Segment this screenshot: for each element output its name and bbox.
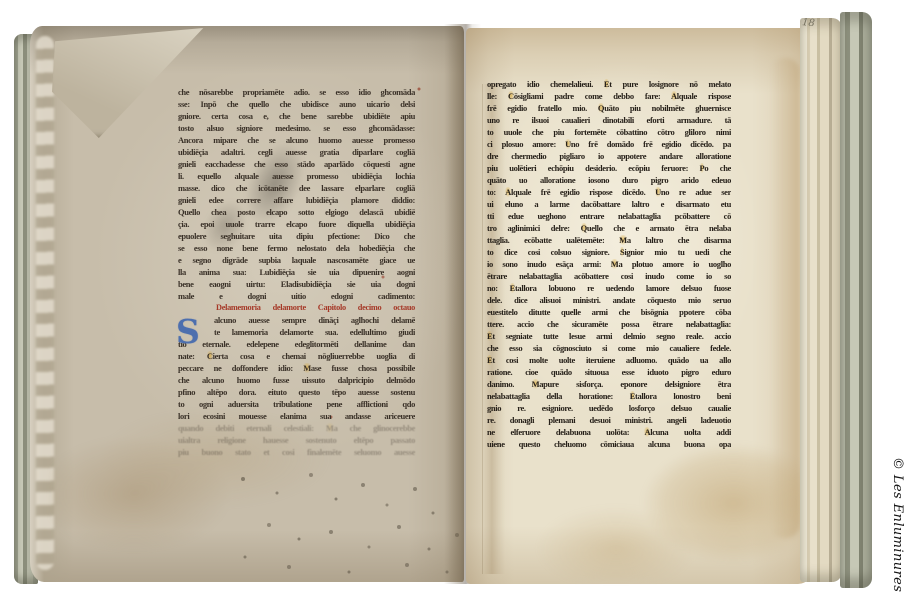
manuscript-line: che alcuno huomo fusse uissuto dalpricip… — [178, 374, 415, 386]
manuscript-line: Et segniate tutte lesue armi delmio segn… — [487, 330, 731, 342]
manuscript-line: re. donagli plemani desuoi ministri. ang… — [487, 414, 731, 426]
manuscript-line: tro aglinimici delre: Quello che e armat… — [487, 222, 731, 234]
right-text-block: opregato idio chemelalieui. Et pure losi… — [487, 78, 731, 450]
manuscript-line: lla anima sua: Lubidiēçia sie uia dipuen… — [178, 266, 415, 278]
illuminated-initial: S — [176, 315, 212, 349]
manuscript-line: Ancora mipare che se alcuno huomo auesse… — [178, 134, 415, 146]
manuscript-line: uialtra religione hauesse sostenuto eltē… — [178, 434, 415, 446]
manuscript-line: uno re ilsuoi caualieri dinotabili efort… — [487, 114, 731, 126]
manuscript-line: ttaglia. ecōbatte ualētemēte: Ma laltro … — [487, 234, 731, 246]
manuscript-line: opregato idio chemelalieui. Et pure losi… — [487, 78, 731, 90]
manuscript-line: tio eternale. edelepene edeglitormēti de… — [178, 338, 415, 350]
manuscript-line: ne elferuore delabuona uolōta: Alcuna uo… — [487, 426, 731, 438]
manuscript-line: ui eluno a larme dacōbattare laltro e di… — [487, 198, 731, 210]
manuscript-line: li. equello alquale auesse promesso ubid… — [178, 170, 415, 182]
manuscript-line: quando debiti eternali celestiali: Ma ch… — [178, 422, 415, 434]
manuscript-line: gniore. certa cosa e, che bene sarebbe u… — [178, 110, 415, 122]
manuscript-line: frē egidio fratello mio. Quāto piu nobil… — [487, 102, 731, 114]
manuscript-line: male e dogni uitio edogni cadimento: — [178, 290, 415, 302]
manuscript-line: no: Etallora lobuono re uedendo lamore d… — [487, 282, 731, 294]
foxing-speckles — [30, 26, 32, 28]
manuscript-line: dre chermedio pigliaro io appotere andar… — [487, 150, 731, 162]
manuscript-line: tti edue ueghono entrare nelabattaglia p… — [487, 210, 731, 222]
open-book: che nōsarebbe propriamēte adio. se esso … — [14, 10, 872, 588]
manuscript-line: epuolere seghuitare uita dipiu pfectione… — [178, 230, 415, 242]
book-cover-right-edge — [840, 12, 872, 588]
manuscript-line: nelabattaglia della horatione: Etallora … — [487, 390, 731, 402]
left-text-block: che nōsarebbe propriamēte adio. se esso … — [178, 86, 415, 458]
manuscript-line: ttere. accio che sicuramēte possa ētrare… — [487, 318, 731, 330]
manuscript-line: quāto uo alloratione iosono duro pigro a… — [487, 174, 731, 186]
page-stack-fore-edge — [800, 18, 842, 582]
manuscript-line: piu uolētieri echōpiu desiderio. ecōpiu … — [487, 162, 731, 174]
manuscript-line: alcuno auesse sempre dināçi aglhochi del… — [214, 314, 415, 326]
manuscript-line: che esso sia cōgnosciuto si come mio cau… — [487, 342, 731, 354]
manuscript-line: to uuole che piu fortemēte cōbattino cōt… — [487, 126, 731, 138]
manuscript-line: dele. dice alisuoi ministri. andate cōqu… — [487, 294, 731, 306]
folio-number: 18 — [801, 17, 822, 30]
manuscript-line: masse. dico che icōtanēte dee lassare el… — [178, 182, 415, 194]
manuscript-line: uiene questo cheluomo cōmiciaua alcuna b… — [487, 438, 731, 450]
manuscript-line: to ogni aduersita tribulatione pene affl… — [178, 398, 415, 410]
manuscript-line: piu buono stato et cosi finalemēte seluo… — [178, 446, 415, 458]
manuscript-line: çia. epoi uuole trarre elcapo fuore diqu… — [178, 218, 415, 230]
manuscript-line: ubidiēçia adaltri. cegli auesse gratia d… — [178, 146, 415, 158]
manuscript-line: io sono inudo esāça armi: Ma plotuo amor… — [487, 258, 731, 270]
manuscript-line: euestitelo ditutte quelle armi che bisōg… — [487, 306, 731, 318]
manuscript-photo: che nōsarebbe propriamēte adio. se esso … — [0, 0, 914, 600]
manuscript-line: e segno digrāde supbia laquale nascosamē… — [178, 254, 415, 266]
right-paragraph: opregato idio chemelalieui. Et pure losi… — [487, 78, 731, 450]
manuscript-line: pfino altēpo dora. eituto questo tēpo au… — [178, 386, 415, 398]
manuscript-line: se esso none bene fermo nelostato dela h… — [178, 242, 415, 254]
manuscript-line: nate: Cierta cosa e chemai nōgliuerrebbe… — [178, 350, 415, 362]
manuscript-line: gnio re. esigniore. uedēdo losforço dels… — [487, 402, 731, 414]
manuscript-line: gnieli eacchadesse che esso stādo aparlā… — [178, 158, 415, 170]
manuscript-line: te lamemoria delamorte sua. edellultimo … — [214, 326, 415, 338]
chapter-paragraph: alcuno auesse sempre dināçi aglhochi del… — [178, 314, 415, 458]
manuscript-line: bene eaogni uirtu: Eladisubidiēçia sie u… — [178, 278, 415, 290]
manuscript-line: ētrare nelabattaglia acōbattere cosi inu… — [487, 270, 731, 282]
chapter-rubric: Delamemoria delamorte Capitolo decimo oc… — [216, 302, 415, 314]
manuscript-line: ci plosuo amore: Uno frē domādo frē egid… — [487, 138, 731, 150]
manuscript-line: che nōsarebbe propriamēte adio. se esso … — [178, 86, 415, 98]
manuscript-line: ratione. cioe quādo situoua esse iduoto … — [487, 366, 731, 378]
manuscript-line: gnieli edee correre affare lubidiēçia pl… — [178, 194, 415, 206]
manuscript-line: lori ecosini mouesse elanima sua andasse… — [178, 410, 415, 422]
manuscript-line: Quello chea posto elcapo sotto elgiogo d… — [178, 206, 415, 218]
manuscript-line: tosto alsuo signiore medesimo. se esso g… — [178, 122, 415, 134]
manuscript-line: sse: Inpō che quello che ubidisce auno u… — [178, 98, 415, 110]
chapter-opening: S alcuno auesse sempre dināçi aglhochi d… — [178, 314, 415, 458]
manuscript-line: lle: Cōsigliami padre come debbo fare: A… — [487, 90, 731, 102]
manuscript-line: to dice cosi colsuo signiore. Signior mi… — [487, 246, 731, 258]
manuscript-line: peccare ne doffondere idio: Mase fusse c… — [178, 362, 415, 374]
copyright-watermark: © Les Enluminures — [890, 457, 905, 592]
manuscript-line: Et cosi molte uolte iteruiene adluomo. q… — [487, 354, 731, 366]
manuscript-line: danimo. Mapure sisforça. eponore delsign… — [487, 378, 731, 390]
manuscript-line: to: Alquale frē egidio rispose dicēdo. U… — [487, 186, 731, 198]
left-paragraph: che nōsarebbe propriamēte adio. se esso … — [178, 86, 415, 302]
